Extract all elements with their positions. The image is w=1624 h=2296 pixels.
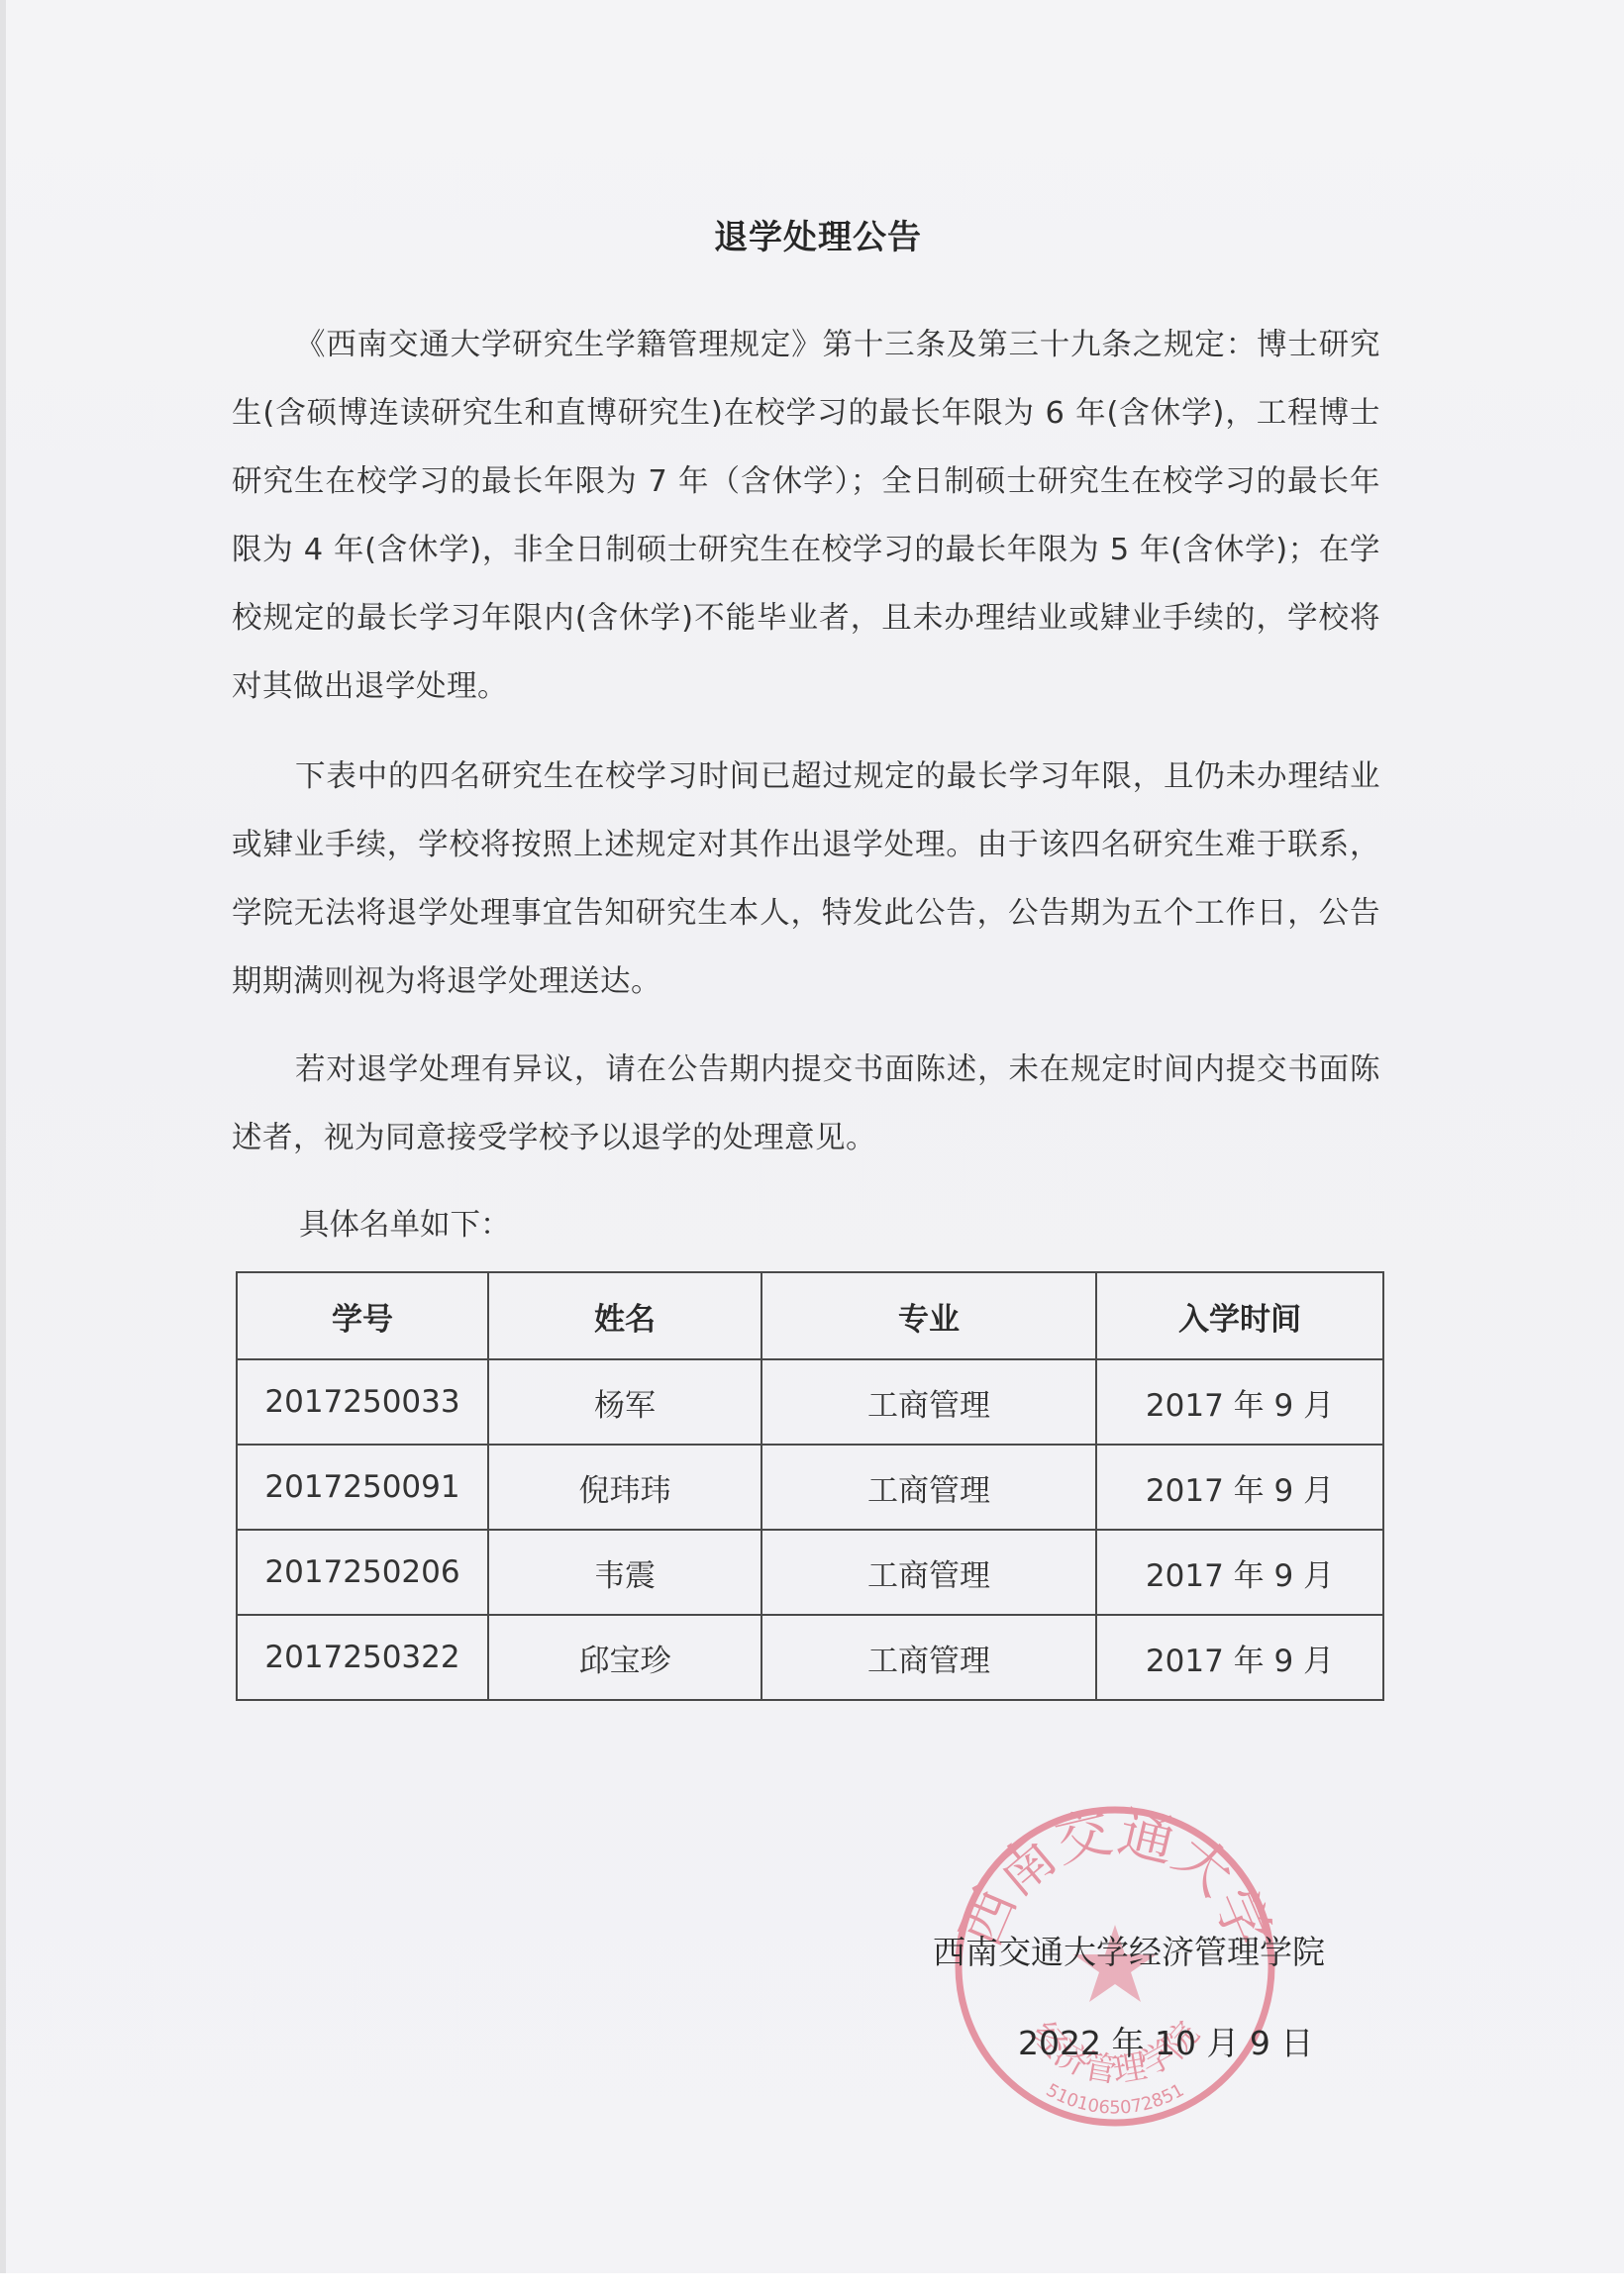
table-row: 2017250033 杨军 工商管理 2017 年 9 月: [237, 1359, 1383, 1445]
document-page: 退学处理公告 《西南交通大学研究生学籍管理规定》第十三条及第三十九条之规定：博士…: [0, 0, 1624, 2273]
table-header-row: 学号 姓名 专业 入学时间: [237, 1272, 1383, 1359]
cell-major: 工商管理: [761, 1359, 1096, 1445]
notice-title: 退学处理公告: [6, 210, 1624, 258]
paragraph-regulation: 《西南交通大学研究生学籍管理规定》第十三条及第三十九条之规定：博士研究生(含硕博…: [232, 311, 1380, 721]
list-intro: 具体名单如下：: [299, 1200, 511, 1244]
table-row: 2017250091 倪玮玮 工商管理 2017 年 9 月: [237, 1445, 1383, 1530]
cell-enrollment-date: 2017 年 9 月: [1096, 1530, 1383, 1615]
cell-name: 韦震: [488, 1530, 761, 1615]
cell-student-id: 2017250322: [237, 1615, 488, 1700]
cell-student-id: 2017250091: [237, 1445, 488, 1530]
signature-date: 2022 年 10 月 9 日: [1018, 2018, 1313, 2064]
paragraph-students-exceeded: 下表中的四名研究生在校学习时间已超过规定的最长学习年限，且仍未办理结业或肄业手续…: [232, 743, 1380, 1016]
header-student-id: 学号: [237, 1272, 488, 1359]
cell-major: 工商管理: [761, 1530, 1096, 1615]
cell-major: 工商管理: [761, 1445, 1096, 1530]
paragraph-objection: 若对退学处理有异议，请在公告期内提交书面陈述，未在规定时间内提交书面陈述者，视为…: [232, 1036, 1380, 1172]
cell-student-id: 2017250206: [237, 1530, 488, 1615]
header-major: 专业: [761, 1272, 1096, 1359]
cell-name: 倪玮玮: [488, 1445, 761, 1530]
student-table: 学号 姓名 专业 入学时间 2017250033 杨军 工商管理 2017 年 …: [236, 1271, 1384, 1701]
header-name: 姓名: [488, 1272, 761, 1359]
cell-enrollment-date: 2017 年 9 月: [1096, 1359, 1383, 1445]
header-enrollment-date: 入学时间: [1096, 1272, 1383, 1359]
signature-organization: 西南交通大学经济管理学院: [933, 1927, 1325, 1973]
cell-major: 工商管理: [761, 1615, 1096, 1700]
cell-enrollment-date: 2017 年 9 月: [1096, 1615, 1383, 1700]
cell-student-id: 2017250033: [237, 1359, 488, 1445]
cell-name: 邱宝珍: [488, 1615, 761, 1700]
cell-name: 杨军: [488, 1359, 761, 1445]
table-row: 2017250206 韦震 工商管理 2017 年 9 月: [237, 1530, 1383, 1615]
cell-enrollment-date: 2017 年 9 月: [1096, 1445, 1383, 1530]
table-row: 2017250322 邱宝珍 工商管理 2017 年 9 月: [237, 1615, 1383, 1700]
